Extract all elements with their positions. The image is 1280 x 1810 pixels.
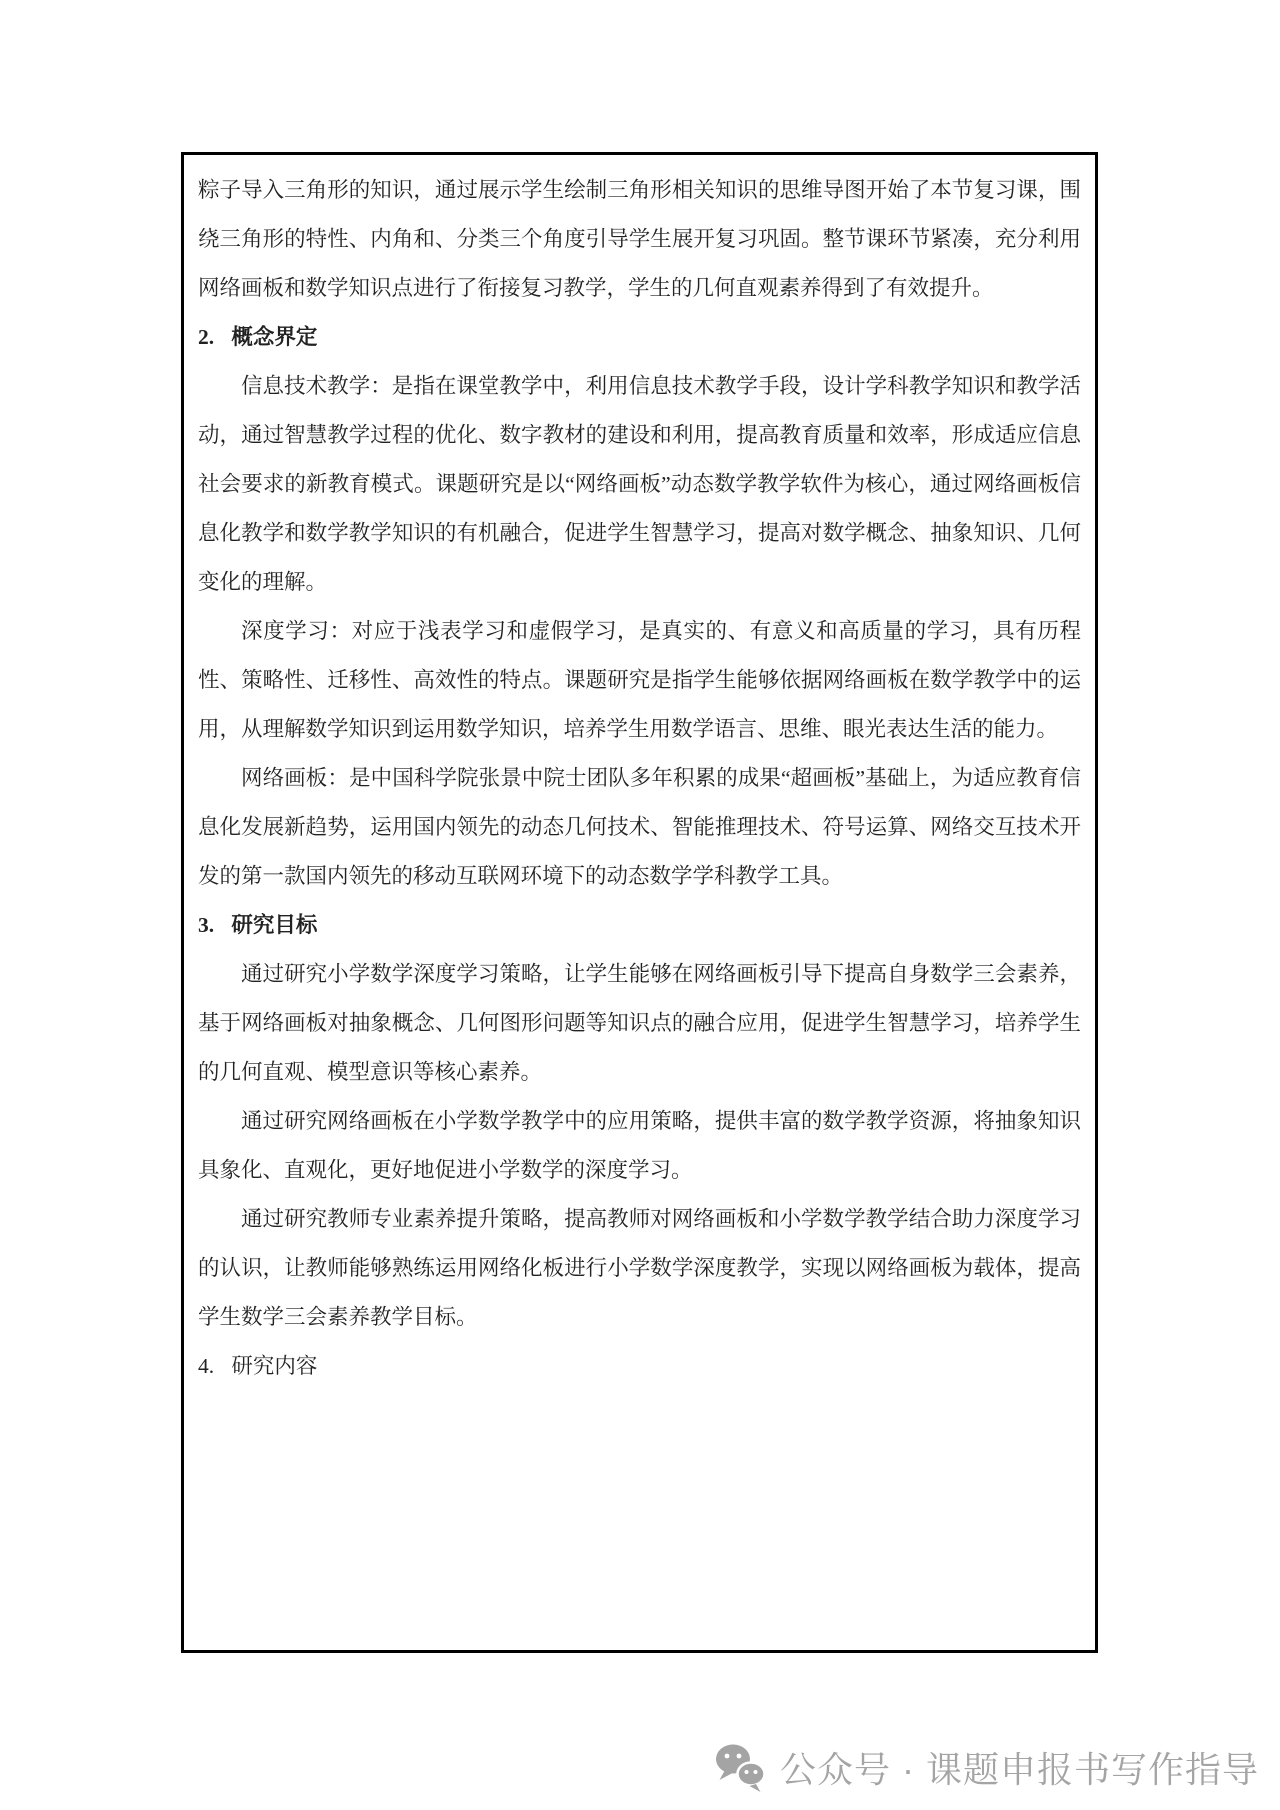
paragraph-continuation: 粽子导入三角形的知识，通过展示学生绘制三角形相关知识的思维导图开始了本节复习课，… — [198, 166, 1081, 313]
heading-number: 3. — [198, 913, 214, 937]
watermark-text: 公众号 · 课题申报书写作指导 — [780, 1742, 1259, 1793]
section-heading-research-goals: 3.研究目标 — [198, 901, 1081, 950]
heading-number: 2. — [198, 325, 214, 349]
heading-title: 研究目标 — [231, 913, 317, 937]
heading-number: 4. — [198, 1354, 214, 1378]
paragraph-deep-learning: 深度学习：对应于浅表学习和虚假学习，是真实的、有意义和高质量的学习，具有历程性、… — [198, 607, 1081, 754]
watermark: 公众号 · 课题申报书写作指导 — [714, 1742, 1259, 1793]
paragraph-goal-student-literacy: 通过研究小学数学深度学习策略，让学生能够在网络画板引导下提高自身数学三会素养，基… — [198, 950, 1081, 1097]
heading-title: 概念界定 — [231, 325, 317, 349]
document-content-box: 粽子导入三角形的知识，通过展示学生绘制三角形相关知识的思维导图开始了本节复习课，… — [181, 152, 1098, 1653]
section-heading-concept-definition: 2.概念界定 — [198, 313, 1081, 362]
paragraph-goal-teaching-resources: 通过研究网络画板在小学数学教学中的应用策略，提供丰富的数学教学资源，将抽象知识具… — [198, 1097, 1081, 1195]
paragraph-netpad: 网络画板：是中国科学院张景中院士团队多年积累的成果“超画板”基础上，为适应教育信… — [198, 754, 1081, 901]
heading-title: 研究内容 — [231, 1354, 317, 1378]
wechat-icon — [714, 1743, 766, 1793]
paragraph-goal-teacher-competence: 通过研究教师专业素养提升策略，提高教师对网络画板和小学数学教学结合助力深度学习的… — [198, 1195, 1081, 1342]
paragraph-it-teaching: 信息技术教学：是指在课堂教学中，利用信息技术教学手段，设计学科教学知识和教学活动… — [198, 362, 1081, 607]
section-heading-research-content: 4.研究内容 — [198, 1342, 1081, 1391]
